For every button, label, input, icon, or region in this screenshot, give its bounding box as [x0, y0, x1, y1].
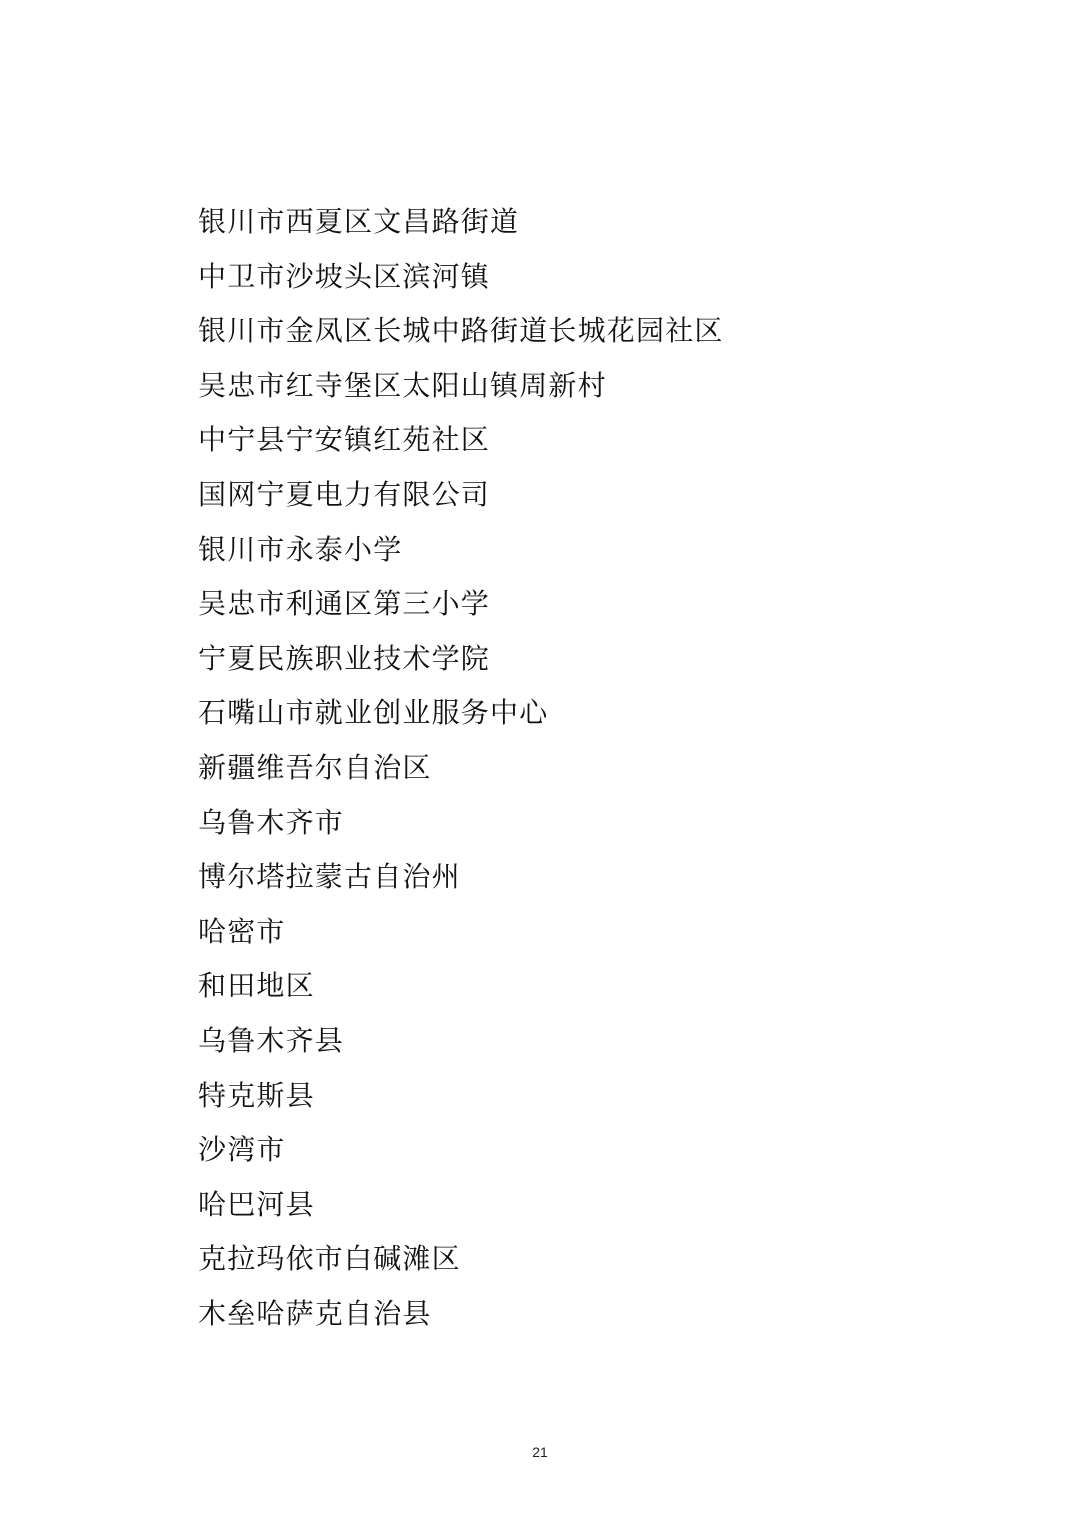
- list-item: 特克斯县: [198, 1077, 724, 1132]
- list-item: 木垒哈萨克自治县: [198, 1295, 724, 1350]
- list-item: 国网宁夏电力有限公司: [198, 476, 724, 531]
- list-item: 哈巴河县: [198, 1186, 724, 1241]
- page-number: 21: [0, 1444, 1080, 1460]
- list-item: 宁夏民族职业技术学院: [198, 640, 724, 695]
- list-item: 中宁县宁安镇红苑社区: [198, 421, 724, 476]
- list-item: 吴忠市利通区第三小学: [198, 585, 724, 640]
- list-item: 乌鲁木齐市: [198, 804, 724, 859]
- list-item: 乌鲁木齐县: [198, 1022, 724, 1077]
- list-item: 石嘴山市就业创业服务中心: [198, 694, 724, 749]
- list-item: 中卫市沙坡头区滨河镇: [198, 258, 724, 313]
- document-page: 银川市西夏区文昌路街道 中卫市沙坡头区滨河镇 银川市金凤区长城中路街道长城花园社…: [0, 0, 1080, 1528]
- list-item: 和田地区: [198, 967, 724, 1022]
- list-item: 沙湾市: [198, 1131, 724, 1186]
- list-item: 博尔塔拉蒙古自治州: [198, 858, 724, 913]
- list-item: 哈密市: [198, 913, 724, 968]
- list-item: 银川市金凤区长城中路街道长城花园社区: [198, 312, 724, 367]
- list-item: 新疆维吾尔自治区: [198, 749, 724, 804]
- list-item: 银川市西夏区文昌路街道: [198, 203, 724, 258]
- list-item: 吴忠市红寺堡区太阳山镇周新村: [198, 367, 724, 422]
- list-item: 银川市永泰小学: [198, 531, 724, 586]
- organization-list: 银川市西夏区文昌路街道 中卫市沙坡头区滨河镇 银川市金凤区长城中路街道长城花园社…: [198, 203, 724, 1349]
- list-item: 克拉玛依市白碱滩区: [198, 1240, 724, 1295]
